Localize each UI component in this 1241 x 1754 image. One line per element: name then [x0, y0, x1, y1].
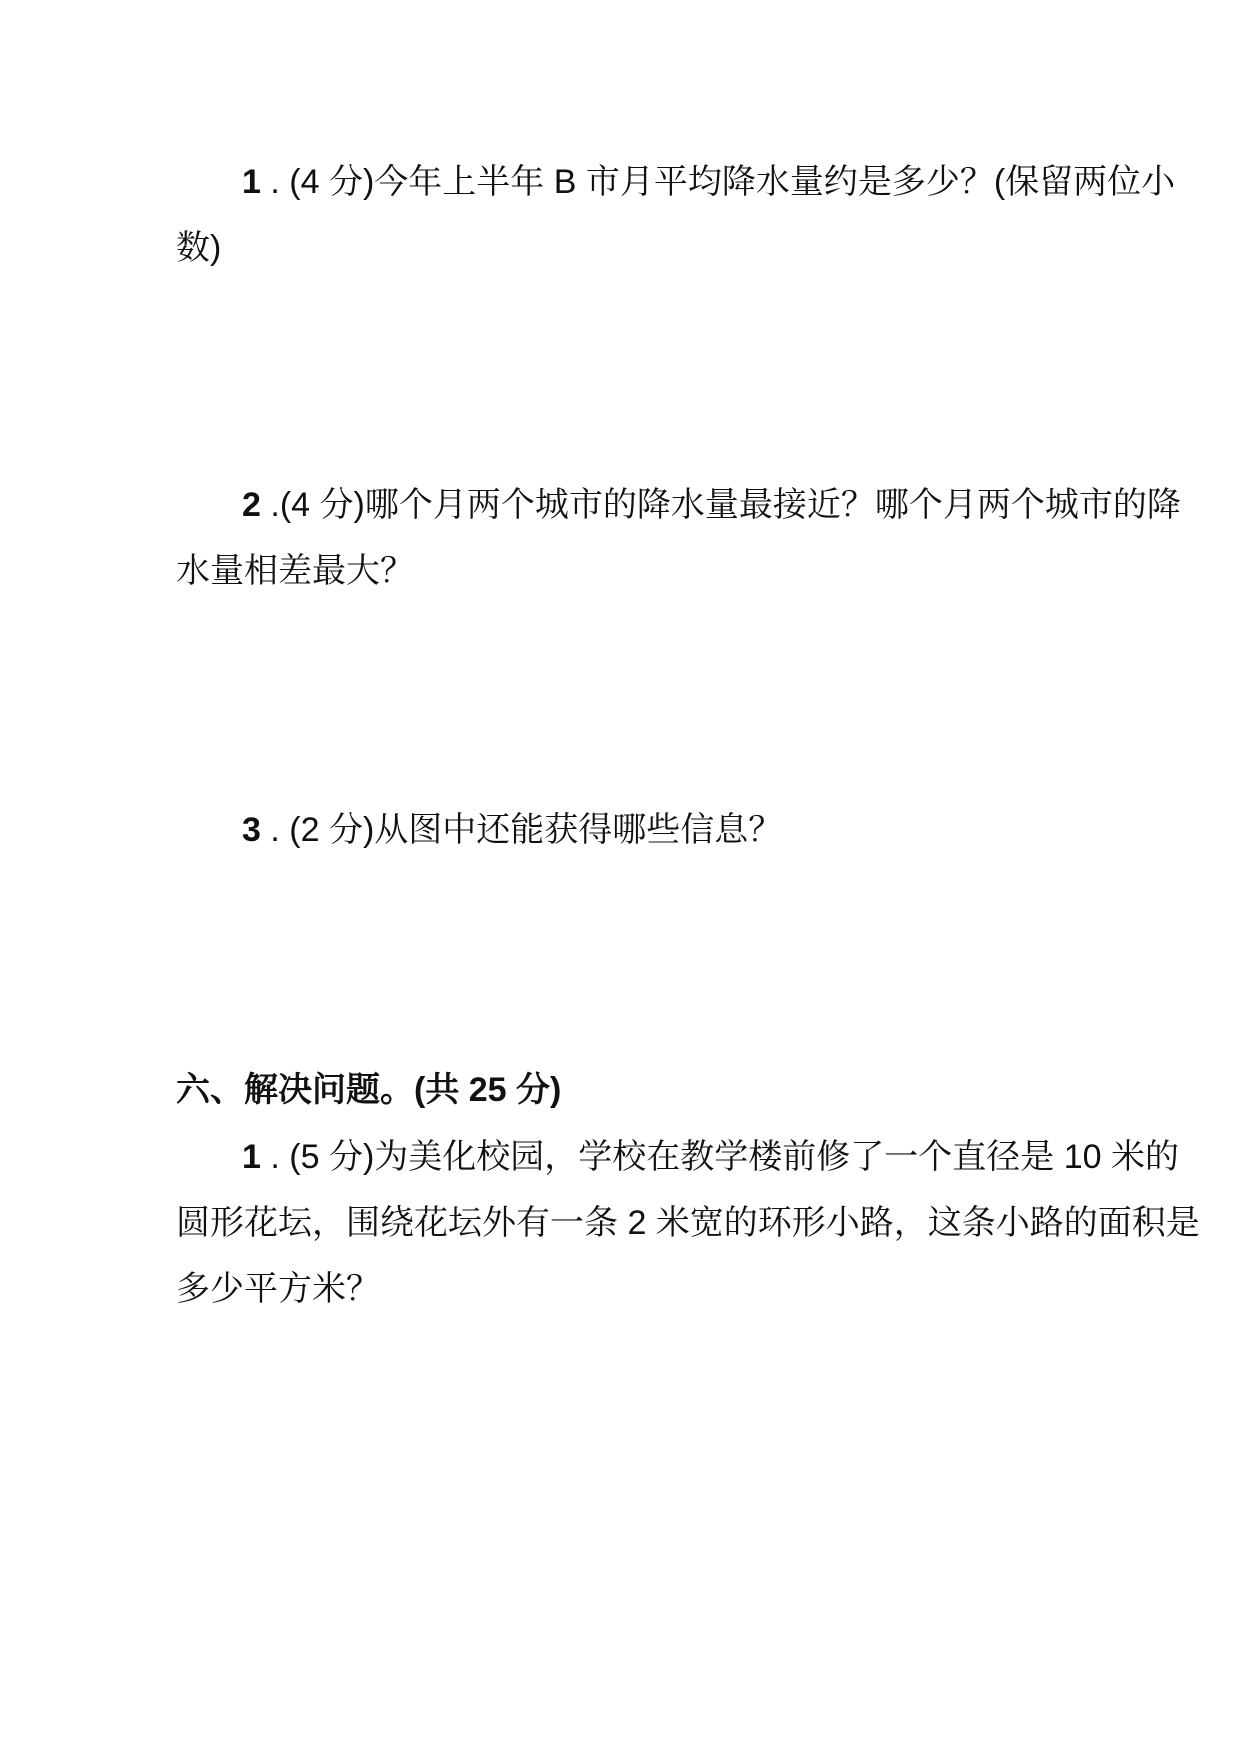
document-page: 1 . (4 分)今年上半年 B 市月平均降水量约是多少？(保留两位小数) 2 … — [0, 0, 1241, 1754]
question-line: (4 分)哪个月两个城市的降水量最接近？哪个月两个城市的降 — [280, 486, 1181, 524]
question-separator: . — [261, 163, 289, 201]
question-separator: . — [261, 811, 289, 849]
question-5-1: 1 . (4 分)今年上半年 B 市月平均降水量约是多少？(保留两位小数) — [176, 149, 1201, 281]
question-5-3: 3 . (2 分)从图中还能获得哪些信息？ — [176, 797, 1201, 863]
question-line: (4 分)今年上半年 B 市月平均降水量约是多少？(保留两位小 — [289, 163, 1175, 201]
question-6-1: 1 . (5 分)为美化校园，学校在教学楼前修了一个直径是 10 米的圆形花坛，… — [176, 1124, 1201, 1322]
question-line: 多少平方米？ — [176, 1270, 380, 1308]
question-separator: . — [261, 486, 280, 524]
question-line: (2 分)从图中还能获得哪些信息？ — [289, 811, 782, 849]
question-number: 1 — [242, 1138, 261, 1176]
question-number: 1 — [242, 163, 261, 201]
question-line: 水量相差最大？ — [176, 552, 414, 590]
question-number: 2 — [242, 486, 261, 524]
question-line: (5 分)为美化校园，学校在教学楼前修了一个直径是 10 米的 — [289, 1138, 1179, 1176]
question-number: 3 — [242, 811, 261, 849]
question-line: 数) — [176, 229, 221, 267]
question-line: 圆形花坛，围绕花坛外有一条 2 米宽的环形小路，这条小路的面积是 — [176, 1204, 1200, 1242]
question-5-2: 2 .(4 分)哪个月两个城市的降水量最接近？哪个月两个城市的降水量相差最大？ — [176, 472, 1201, 604]
question-separator: . — [261, 1138, 289, 1176]
section-heading: 六、解决问题。(共 25 分) — [176, 1057, 1201, 1123]
